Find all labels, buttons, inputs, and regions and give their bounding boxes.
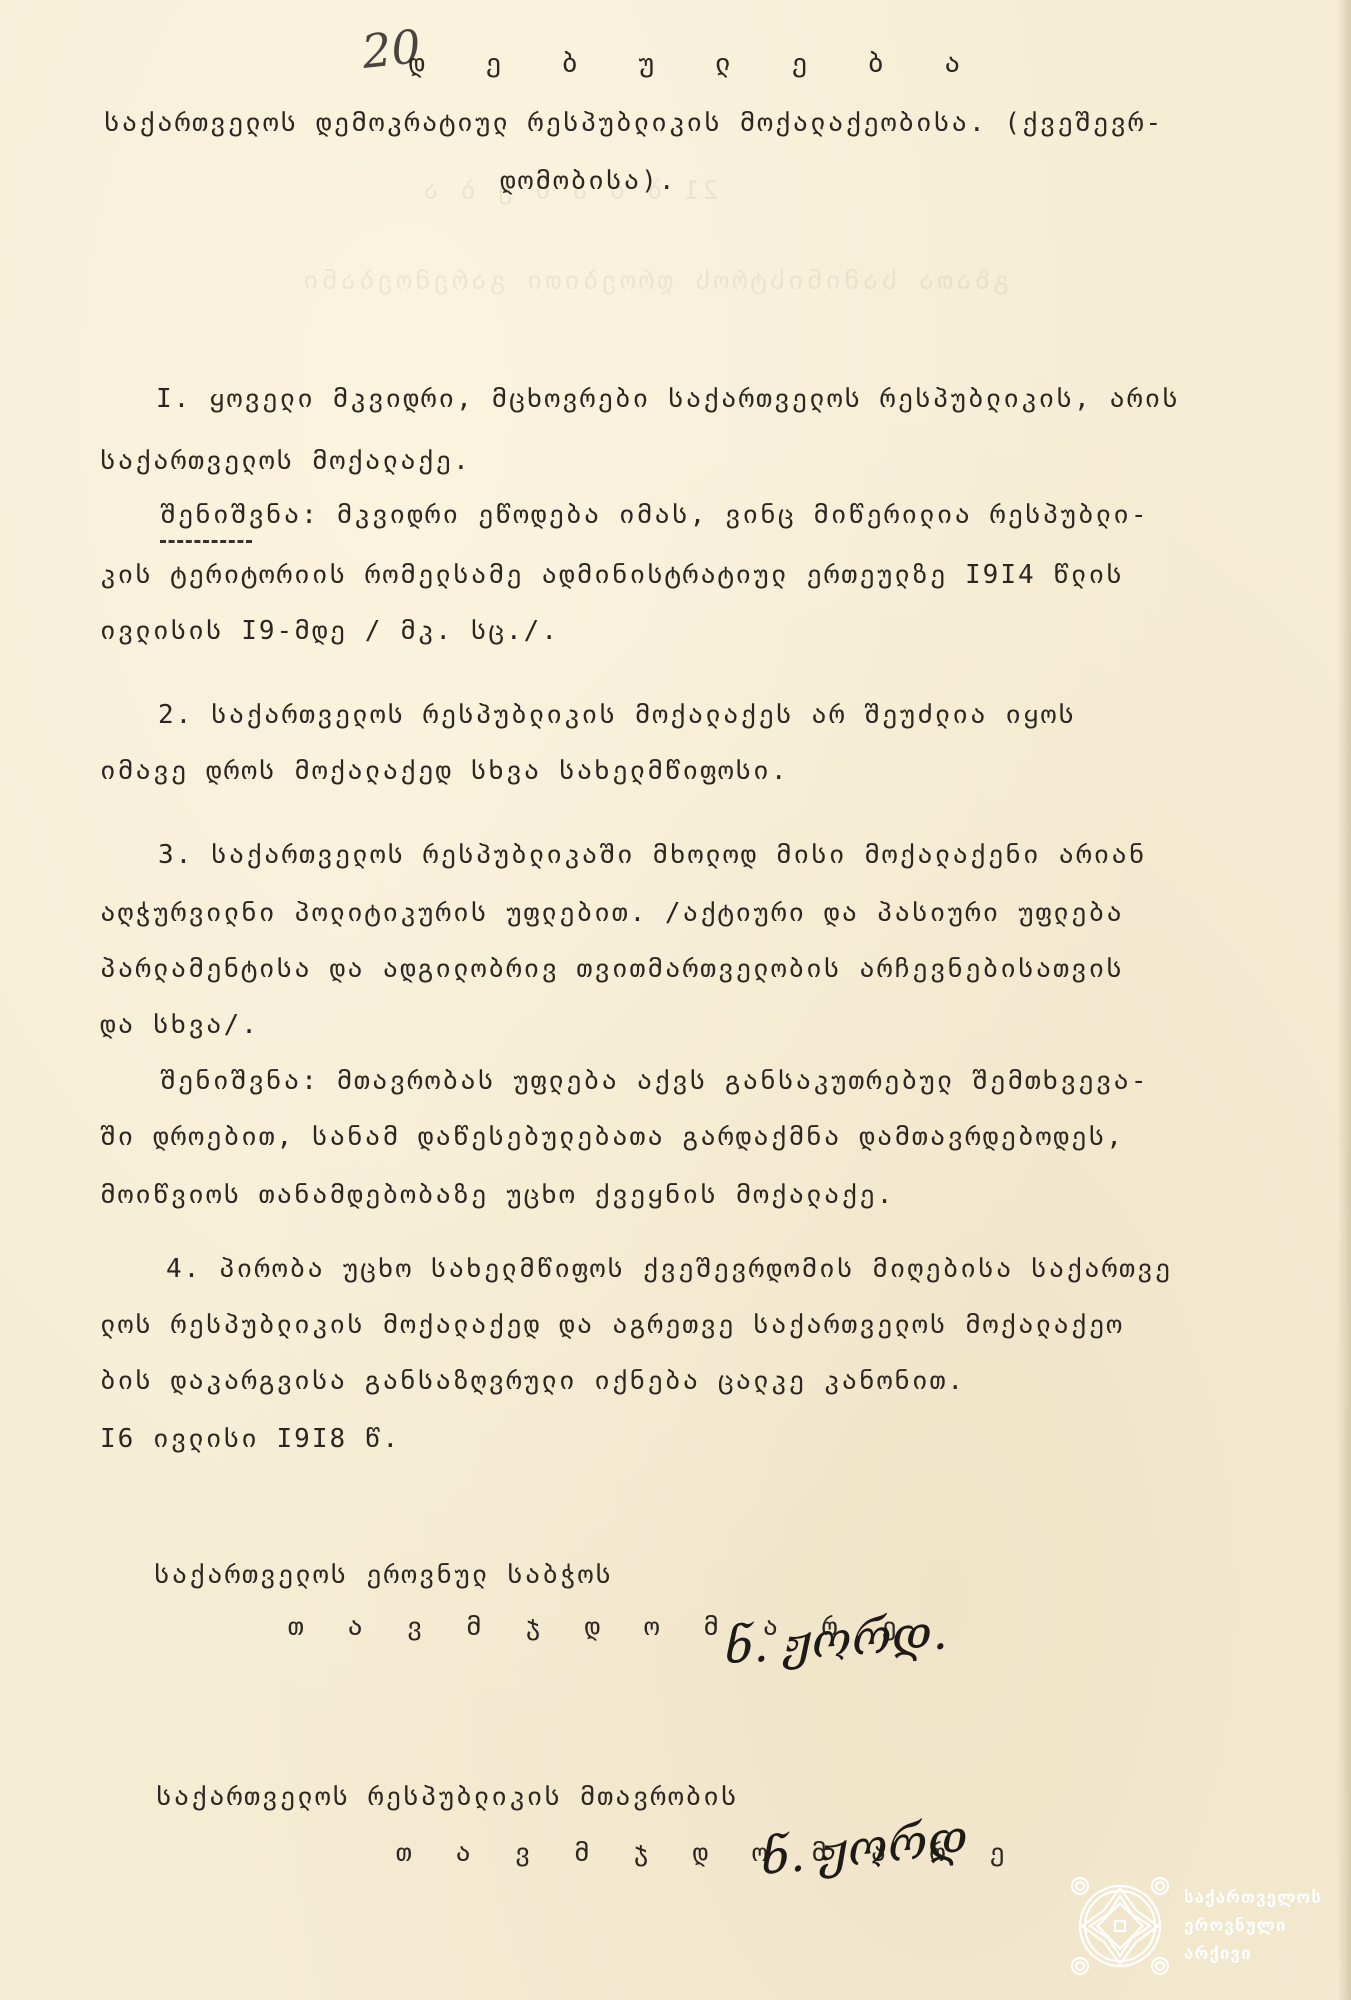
document-page: 21 ბ ძ ა ნ ე ბ ა გზათა სამინისტროს დროებ… <box>0 0 1351 2000</box>
bleed-through-text: გზათა სამინისტროს დროებითი გარემოებანი <box>300 266 1009 296</box>
note-1-line: შენიშვნა: მკვიდრი ეწოდება იმას, ვინც მიწ… <box>160 500 1149 530</box>
archive-watermark: საქართველოს ეროვნული არქივი <box>1066 1872 1322 1980</box>
note-3-line: მოიწვიოს თანამდებობაზე უცხო ქვეყნის მოქა… <box>100 1180 894 1210</box>
article-1-line: საქართველოს მოქალაქე. <box>100 446 471 476</box>
article-3-line: პარლამენტისა და ადგილობრივ თვითმართველობ… <box>100 954 1124 984</box>
article-4-line: ბის დაკარგვისა განსაზღვრული იქნება ცალკე… <box>100 1366 965 1396</box>
article-3-line: აღჭურვილნი პოლიტიკურის უფლებით. /აქტიური… <box>100 898 1124 928</box>
note-3-line: შენიშვნა: მთავრობას უფლება აქვს განსაკუთ… <box>160 1066 1149 1096</box>
article-2-line: იმავე დროს მოქალაქედ სხვა სახელმწიფოსი. <box>100 756 788 786</box>
document-subtitle: საქართველოს დემოკრატიულ რესპუბლიკის მოქა… <box>104 108 1163 138</box>
note-1-line: კის ტერიტორიის რომელსამე ადმინისტრატიულ … <box>100 560 1124 590</box>
note-1-line: ივლისის I9-მდე / მკ. სც./. <box>100 616 559 646</box>
article-4-line: ლოს რესპუბლიკის მოქალაქედ და აგრეთვე საქ… <box>100 1310 1124 1340</box>
archive-name-line: არქივი <box>1184 1942 1322 1966</box>
document-title: დ ე ბ უ ლ ე ბ ა <box>0 48 1351 79</box>
document-subtitle: დომობისა). <box>500 166 677 196</box>
archive-ornament-icon <box>1066 1872 1174 1980</box>
article-3-line: 3. საქართველოს რესპუბლიკაში მხოლოდ მისი … <box>158 840 1147 870</box>
page-edge-shadow <box>1337 0 1351 2000</box>
signatory-title: საქართველოს რესპუბლიკის მთავრობის <box>156 1782 739 1812</box>
note-underline <box>160 540 252 543</box>
document-date: I6 ივლისი I9I8 წ. <box>100 1424 400 1454</box>
article-3-line: და სხვა/. <box>100 1010 259 1040</box>
article-2-line: 2. საქართველოს რესპუბლიკის მოქალაქეს არ … <box>158 700 1076 730</box>
note-3-line: ში დროებით, სანამ დაწესებულებათა გარდაქმ… <box>100 1122 1124 1152</box>
archive-name-line: ეროვნული <box>1184 1914 1322 1938</box>
article-4-line: 4. პირობა უცხო სახელმწიფოს ქვეშევრდომის … <box>166 1254 1172 1284</box>
article-1-line: I. ყოველი მკვიდრი, მცხოვრები საქართველოს… <box>156 384 1180 414</box>
handwritten-signature: ნ. ჟორდ <box>758 1809 971 1886</box>
archive-name-line: საქართველოს <box>1184 1886 1322 1910</box>
archive-name: საქართველოს ეროვნული არქივი <box>1184 1886 1322 1966</box>
signatory-title: საქართველოს ეროვნულ საბჭოს <box>154 1560 613 1590</box>
